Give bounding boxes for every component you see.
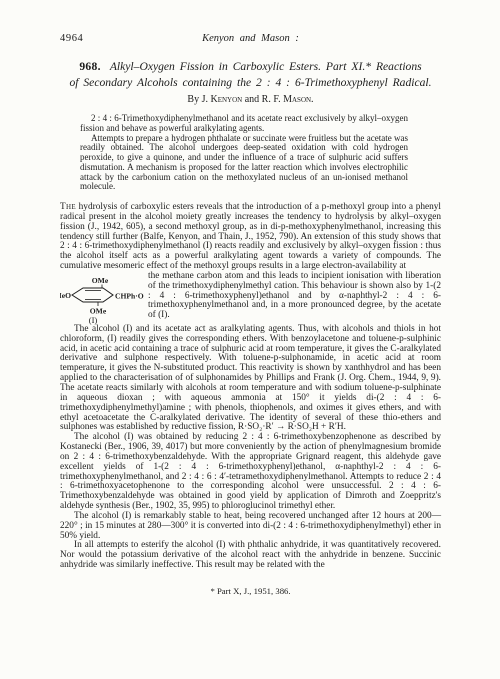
article-number: 968. <box>79 60 101 73</box>
title-line-1: 968.Alkyl–Oxygen Fission in Carboxylic E… <box>60 59 441 75</box>
body-paragraph-5: In all attempts to esterify the alcohol … <box>60 541 441 571</box>
abstract-paragraph-2: Attempts to prepare a hydrogen phthalate… <box>80 134 408 193</box>
article-title: 968.Alkyl–Oxygen Fission in Carboxylic E… <box>60 59 441 90</box>
abstract: 2 : 4 : 6-Trimethoxydiphenylmethanol and… <box>80 114 408 192</box>
chemical-structure-I: OMe MeO OMe CHPh·OH (I) <box>60 272 144 325</box>
substituent-ome-top: OMe <box>92 276 109 285</box>
page-content: 4964 Kenyon and Mason : 968.Alkyl–Oxygen… <box>60 33 441 596</box>
body-paragraph-1-text: hydrolysis of carboxylic esters reveals … <box>60 202 441 271</box>
byline-and: and <box>245 94 259 105</box>
running-header: 4964 Kenyon and Mason : <box>60 33 441 46</box>
benzene-ring <box>72 288 113 302</box>
title-line-2: of Secondary Alcohols containing the 2 :… <box>60 75 441 91</box>
footnote: * Part X, J., 1951, 386. <box>60 586 441 596</box>
body-paragraph-2: The alcohol (I) and its acetate act as a… <box>60 325 441 433</box>
title-text-1: Alkyl–Oxygen Fission in Carboxylic Ester… <box>110 60 422 73</box>
running-head-title: Kenyon and Mason : <box>60 33 441 44</box>
side-group-chph-oh: CHPh·OH <box>115 291 144 300</box>
author-2: R. F. Mason. <box>262 94 314 105</box>
byline: By J. Kenyon and R. F. Mason. <box>60 94 441 105</box>
benzene-ring-diagram: OMe MeO OMe CHPh·OH <box>60 274 144 316</box>
figure-row: OMe MeO OMe CHPh·OH (I) the methane carb… <box>60 272 441 325</box>
author-1: J. Kenyon <box>202 94 243 105</box>
journal-page: 4964 Kenyon and Mason : 968.Alkyl–Oxygen… <box>0 0 500 679</box>
substituent-meo-left: MeO <box>60 291 71 300</box>
body-paragraph-1: The hydrolysis of carboxylic esters reve… <box>60 203 441 272</box>
body-paragraph-1-wrapped-text: the methane carbon atom and this leads t… <box>148 272 441 321</box>
body-paragraph-4: The alcohol (I) is remarkably stable to … <box>60 512 441 542</box>
abstract-paragraph-1: 2 : 4 : 6-Trimethoxydiphenylmethanol and… <box>80 114 408 134</box>
byline-by: By <box>187 94 199 105</box>
body-paragraph-3: The alcohol (I) was obtained by reducing… <box>60 433 441 512</box>
lead-word: The <box>60 202 76 212</box>
